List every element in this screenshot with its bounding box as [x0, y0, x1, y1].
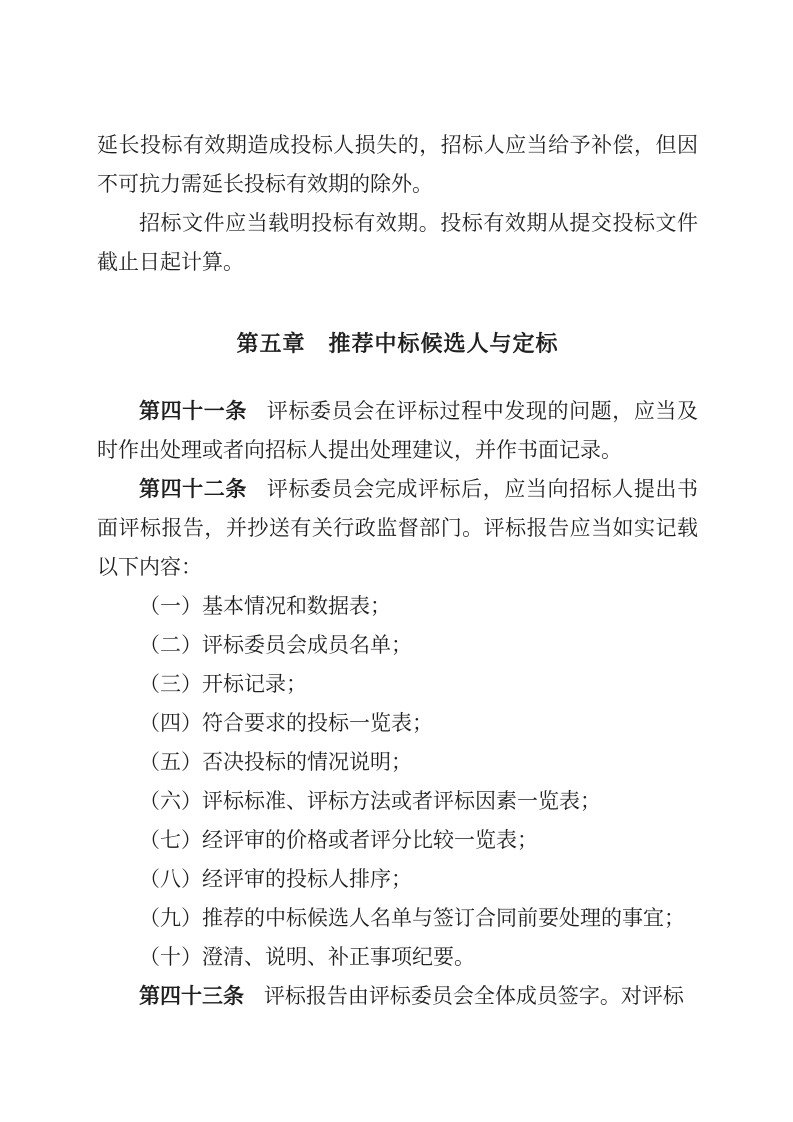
article-42: 第四十二条评标委员会完成评标后，应当向招标人提出书面评标报告，并抄送有关行政监督… — [97, 470, 698, 587]
report-item-9: （九）推荐的中标候选人名单与签订合同前要处理的事宜； — [97, 899, 698, 938]
report-item-2: （二）评标委员会成员名单； — [97, 626, 698, 665]
article-43-number: 第四十三条 — [139, 985, 244, 1008]
article-41-number: 第四十一条 — [139, 400, 247, 423]
paragraph-bid-validity: 招标文件应当载明投标有效期。投标有效期从提交投标文件截止日起计算。 — [97, 204, 698, 282]
document-page: 延长投标有效期造成投标人损失的，招标人应当给予补偿，但因不可抗力需延长投标有效期… — [0, 0, 793, 1122]
report-item-1: （一）基本情况和数据表； — [97, 587, 698, 626]
report-item-3: （三）开标记录； — [97, 665, 698, 704]
report-item-7: （七）经评审的价格或者评分比较一览表； — [97, 821, 698, 860]
report-item-8: （八）经评审的投标人排序； — [97, 860, 698, 899]
report-item-6: （六）评标标准、评标方法或者评标因素一览表； — [97, 782, 698, 821]
report-item-5: （五）否决投标的情况说明； — [97, 743, 698, 782]
paragraph-carryover: 延长投标有效期造成投标人损失的，招标人应当给予补偿，但因不可抗力需延长投标有效期… — [97, 126, 698, 204]
article-43-text: 评标报告由评标委员会全体成员签字。对评标 — [264, 984, 684, 1008]
report-item-4: （四）符合要求的投标一览表； — [97, 704, 698, 743]
chapter-heading: 第五章 推荐中标候选人与定标 — [97, 324, 698, 364]
report-item-10: （十）澄清、说明、补正事项纪要。 — [97, 938, 698, 977]
article-41: 第四十一条评标委员会在评标过程中发现的问题，应当及时作出处理或者向招标人提出处理… — [97, 392, 698, 470]
article-42-number: 第四十二条 — [139, 478, 247, 501]
article-43: 第四十三条评标报告由评标委员会全体成员签字。对评标 — [97, 977, 698, 1016]
